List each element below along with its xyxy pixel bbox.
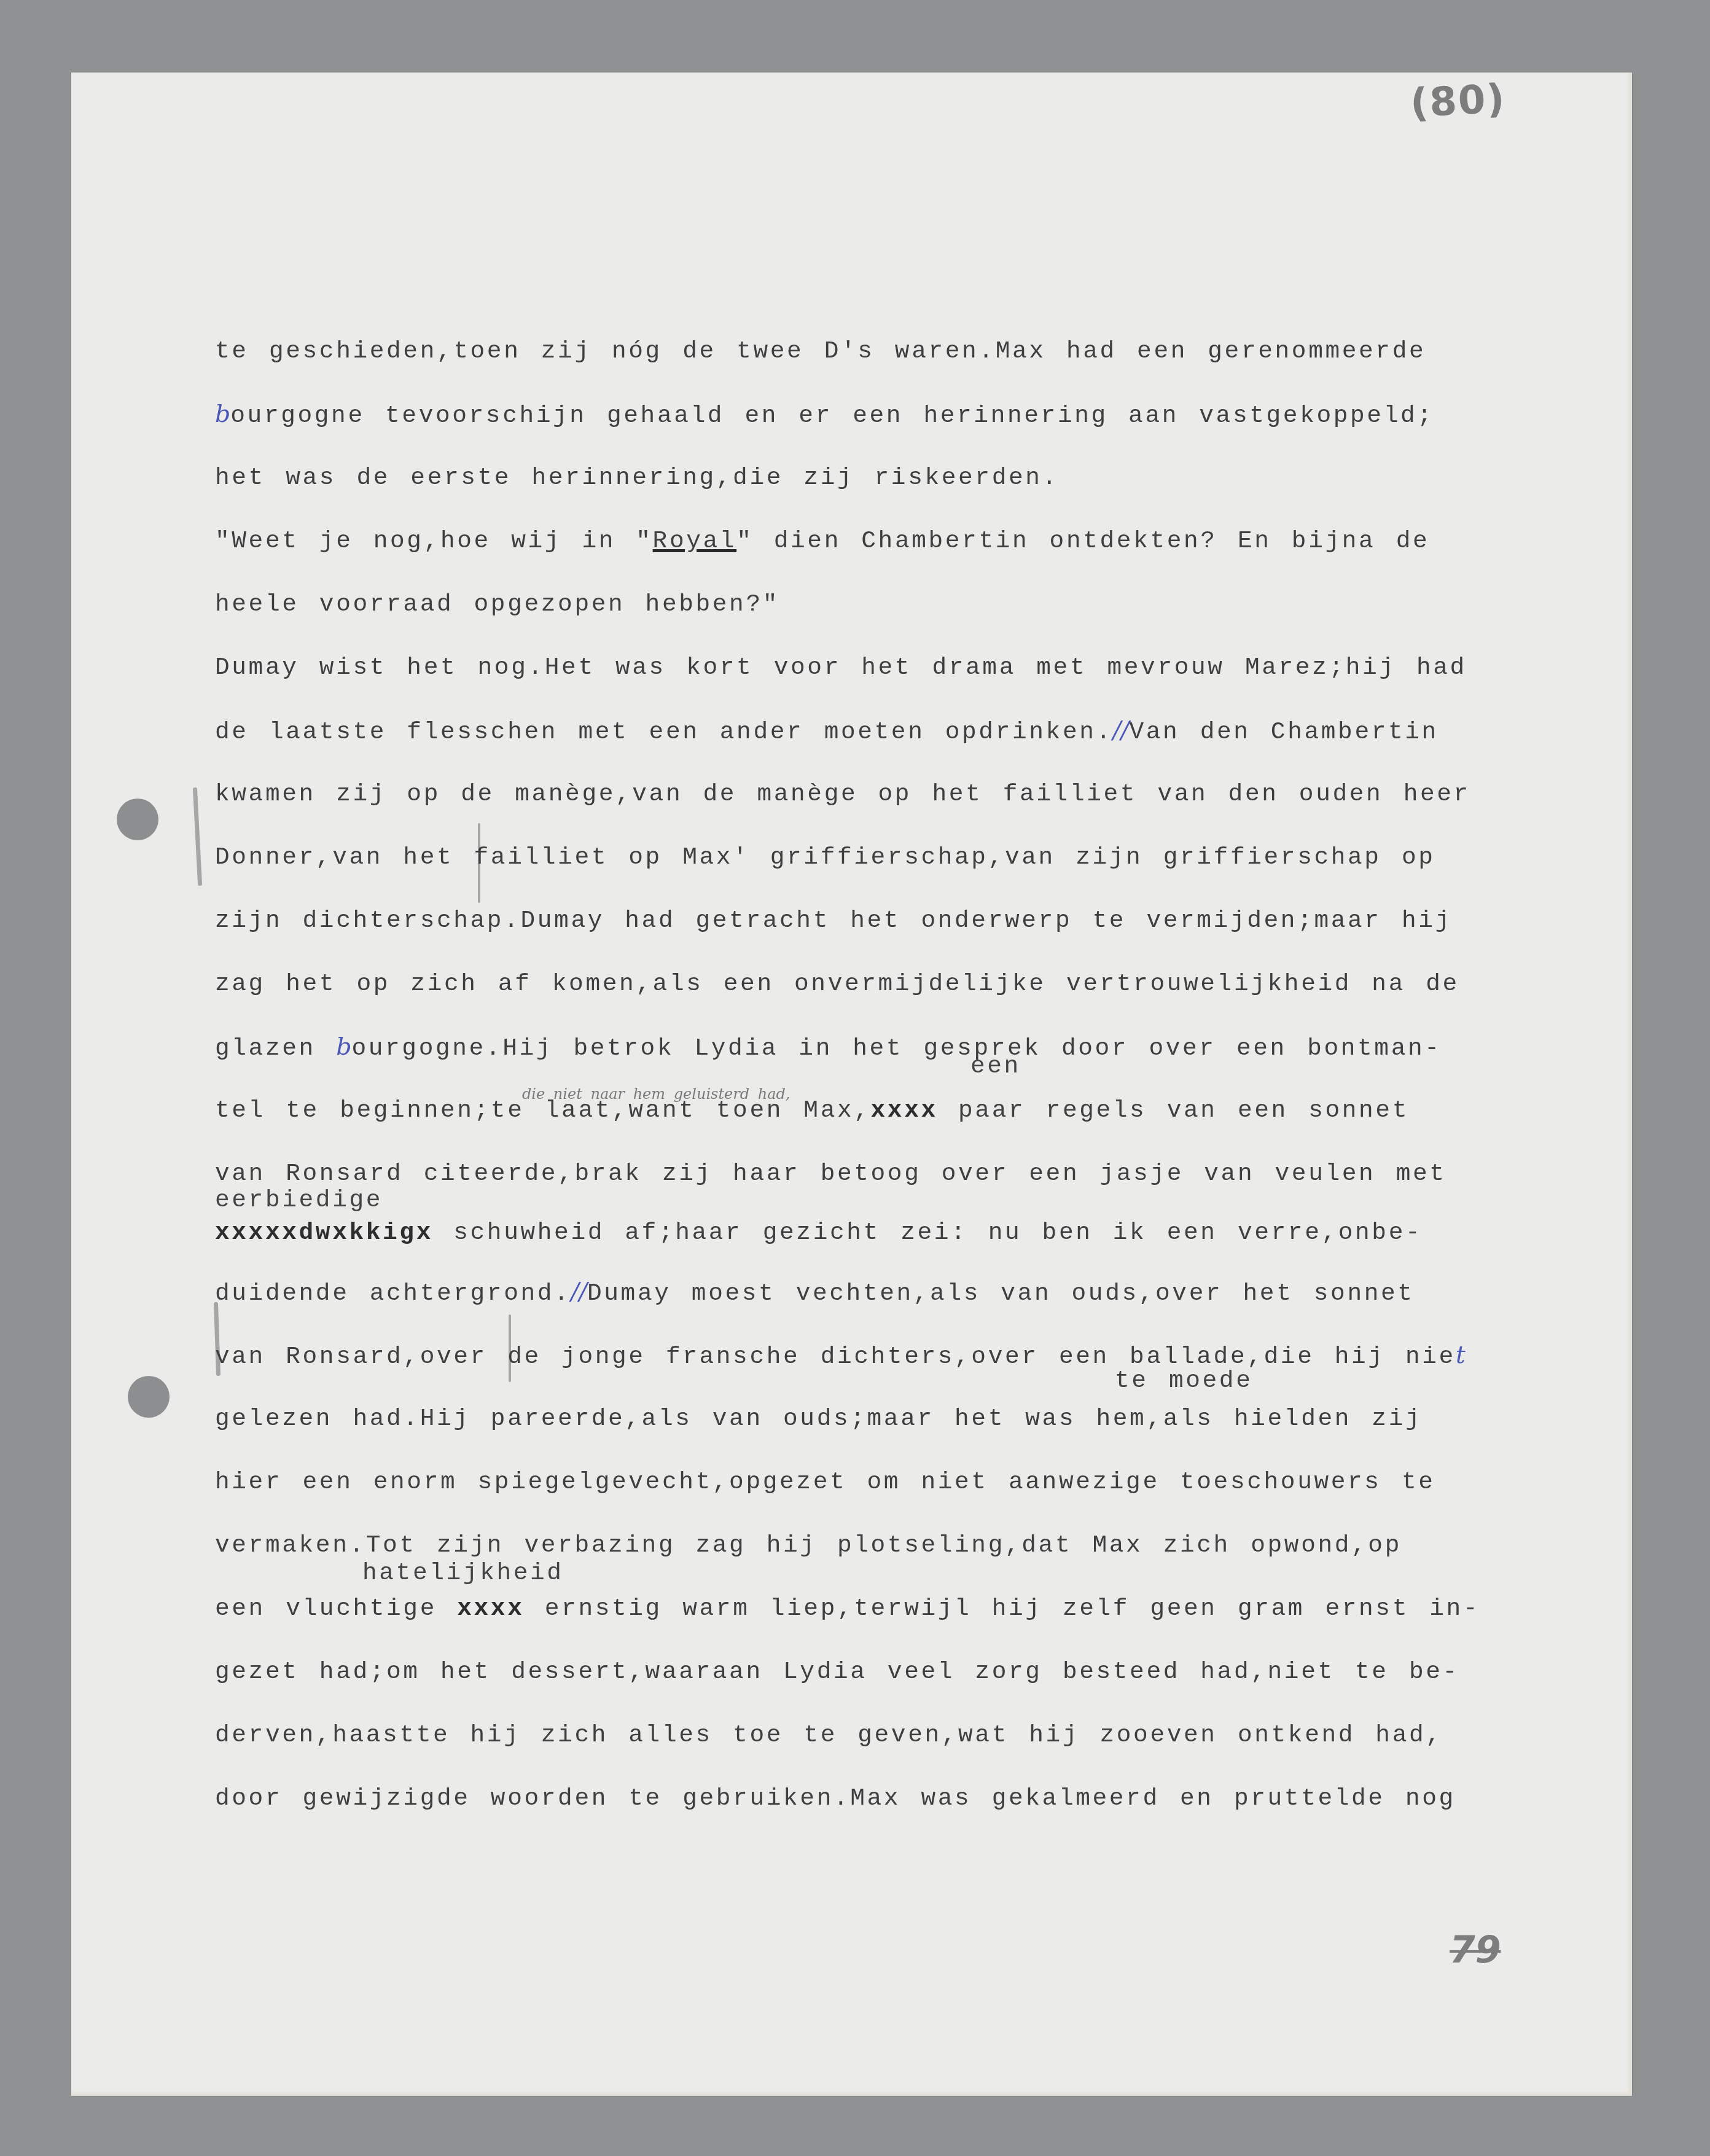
struck-out-text: xxxx <box>457 1595 524 1622</box>
line-text: door gewijzigde woorden te gebruiken.Max… <box>215 1784 1456 1812</box>
line-text: schuwheid af;haar gezicht zei: nu ben ik… <box>433 1219 1422 1246</box>
paragraph-break-mark-icon: // <box>1113 716 1130 744</box>
line-text: van Ronsard,over de jonge fransche dicht… <box>215 1343 1456 1370</box>
line-text: gelezen had.Hij pareerde,als van ouds;ma… <box>215 1405 1422 1432</box>
typed-insertion: te moede <box>1115 1369 1252 1393</box>
text-line: die niet naar hem geluisterd had, een te… <box>215 1079 1591 1142</box>
line-text: het was de eerste herinnering,die zij ri… <box>215 464 1059 491</box>
line-text: de laatste flesschen met een ander moete… <box>215 718 1113 746</box>
line-text: ourgogne.Hij betrok Lydia in het gesprek… <box>351 1034 1441 1062</box>
struck-out-text: xxxx <box>871 1096 938 1124</box>
page-number-top: (80) <box>1409 76 1507 127</box>
line-text: Dumay wist het nog.Het was kort voor het… <box>215 654 1467 681</box>
text-line: zijn dichterschap.Dumay had getracht het… <box>215 889 1591 952</box>
line-text: ourgogne tevoorschijn gehaald en er een … <box>230 402 1434 429</box>
line-text: "Weet je nog,hoe wij in " <box>215 527 653 555</box>
text-line: zag het op zich af komen,als een onvermi… <box>215 952 1591 1015</box>
line-text: derven,haastte hij zich alles toe te gev… <box>215 1721 1443 1749</box>
typed-text-body: te geschieden,toen zij nóg de twee D's w… <box>215 319 1591 1830</box>
correction-b-mark: b <box>215 400 230 428</box>
line-text: " dien Chambertin ontdekten? En bijna de <box>736 527 1429 555</box>
text-line: van Ronsard,over de jonge fransche dicht… <box>215 1324 1591 1387</box>
line-text: van Ronsard citeerde,brak zij haar betoo… <box>215 1160 1446 1187</box>
line-text: zijn dichterschap.Dumay had getracht het… <box>215 907 1452 934</box>
typed-insertion: eerbiedige <box>215 1188 383 1213</box>
underlined-royal: Royal <box>653 527 737 555</box>
text-line: derven,haastte hij zich alles toe te gev… <box>215 1703 1591 1767</box>
text-line: glazen bourgogne.Hij betrok Lydia in het… <box>215 1015 1591 1079</box>
text-line: duidende achtergrond.//Dumay moest vecht… <box>215 1260 1591 1324</box>
text-line: kwamen zij op de manège,van de manège op… <box>215 762 1591 826</box>
line-text: Dumay moest vechten,als van ouds,over he… <box>587 1279 1415 1307</box>
text-line: bourgogne tevoorschijn gehaald en er een… <box>215 383 1591 446</box>
text-line: hier een enorm spiegelgevecht,opgezet om… <box>215 1450 1591 1513</box>
text-line: gezet had;om het dessert,waaraan Lydia v… <box>215 1640 1591 1703</box>
line-text: heele voorraad opgezopen hebben?" <box>215 590 779 618</box>
typed-insertion: hatelijkheid <box>362 1561 564 1585</box>
line-text: duidende achtergrond. <box>215 1279 571 1307</box>
punch-hole-icon <box>128 1376 170 1418</box>
line-text: zag het op zich af komen,als een onvermi… <box>215 970 1459 998</box>
text-line: hatelijkheid een vluchtige xxxx ernstig … <box>215 1577 1591 1640</box>
typed-insertion: een <box>970 1054 1021 1079</box>
handwritten-insertion: die niet naar hem geluisterd had, <box>522 1063 790 1126</box>
line-text: kwamen zij op de manège,van de manège op… <box>215 780 1470 808</box>
line-text: glazen <box>215 1034 336 1062</box>
line-text: paar regels van een sonnet <box>938 1096 1409 1124</box>
struck-out-text: xxxxxdwxkkigx <box>215 1219 433 1246</box>
line-text: vermaken.Tot zijn verbazing zag hij plot… <box>215 1531 1402 1559</box>
text-line: "Weet je nog,hoe wij in "Royal" dien Cha… <box>215 509 1591 572</box>
text-line: van Ronsard citeerde,brak zij haar betoo… <box>215 1142 1591 1205</box>
text-line: Donner,van het failliet op Max' griffier… <box>215 826 1591 889</box>
page-number-bottom-struck: 79 <box>1450 1929 1501 1972</box>
correction-b-mark: b <box>336 1033 351 1061</box>
paragraph-break-mark-icon: // <box>571 1278 587 1306</box>
punch-hole-icon <box>117 799 158 840</box>
text-line: Dumay wist het nog.Het was kort voor het… <box>215 636 1591 699</box>
text-line: het was de eerste herinnering,die zij ri… <box>215 446 1591 509</box>
text-line: te geschieden,toen zij nóg de twee D's w… <box>215 319 1591 383</box>
line-text: Van den Chambertin <box>1129 718 1438 746</box>
line-text: ernstig warm liep,terwijl hij zelf geen … <box>524 1595 1480 1622</box>
text-line: door gewijzigde woorden te gebruiken.Max… <box>215 1767 1591 1830</box>
line-text: te geschieden,toen zij nóg de twee D's w… <box>215 337 1426 365</box>
line-text: een vluchtige <box>215 1595 457 1622</box>
text-line: te moede gelezen had.Hij pareerde,als va… <box>215 1387 1591 1450</box>
text-line: eerbiedige xxxxxdwxkkigx schuwheid af;ha… <box>215 1205 1591 1260</box>
correction-t-mark: t <box>1456 1341 1466 1369</box>
text-line: de laatste flesschen met een ander moete… <box>215 699 1591 762</box>
line-text: Donner,van het failliet op Max' griffier… <box>215 843 1435 871</box>
text-line: heele voorraad opgezopen hebben?" <box>215 572 1591 636</box>
line-text: hier een enorm spiegelgevecht,opgezet om… <box>215 1468 1435 1496</box>
line-text: gezet had;om het dessert,waaraan Lydia v… <box>215 1658 1459 1685</box>
